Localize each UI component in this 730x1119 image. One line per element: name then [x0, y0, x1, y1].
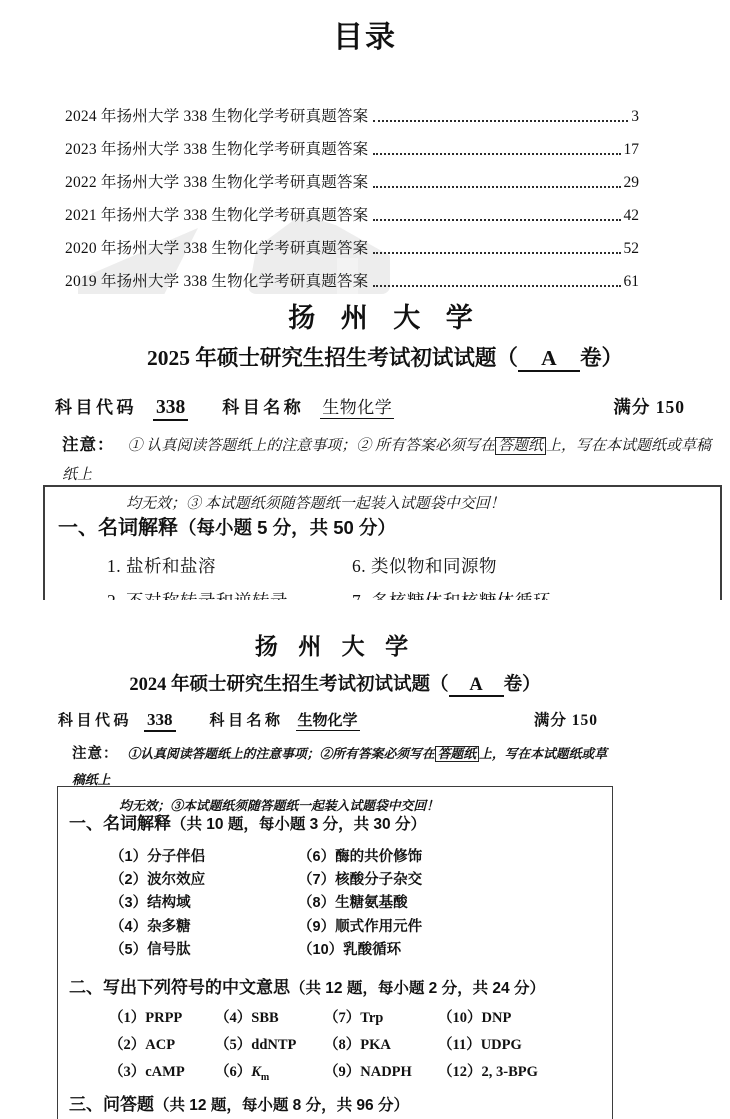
- subject-code-value: 338: [153, 397, 188, 421]
- toc-entry: 2023 年扬州大学 338 生物化学考研真题答案 17: [65, 126, 639, 159]
- toc-page-number: 17: [624, 141, 640, 159]
- score-label: 满分: [534, 712, 567, 729]
- toc-entry: 2020 年扬州大学 338 生物化学考研真题答案 52: [65, 225, 639, 258]
- full-score: 满分 150: [613, 394, 685, 419]
- toc-entry: 2019 年扬州大学 338 生物化学考研真题答案 61: [65, 258, 639, 291]
- subject-code-value: 338: [144, 710, 176, 732]
- toc-leader-dots: [373, 285, 620, 287]
- question-box-2025: 一、名词解释（每小题 5 分，共 50 分） 1. 盐析和盐溶 6. 类似物和同…: [43, 485, 722, 600]
- symbol-item: （3）cAMP: [109, 1060, 185, 1081]
- symbol-item: （10）DNP: [438, 1006, 511, 1027]
- toc-title: 目录: [0, 12, 730, 56]
- symbol-item: （7）Trp: [324, 1006, 383, 1027]
- notice-label: 注意：: [72, 746, 119, 762]
- subject-line-2025: 科目代码 338 科目名称 生物化学 满分 150: [55, 393, 685, 421]
- subject-name-value: 生物化学: [296, 709, 360, 731]
- symbol-item: （8）PKA: [324, 1033, 391, 1054]
- symbol-item: （4）SBB: [215, 1006, 279, 1027]
- symbol-item-km: （6）Km: [215, 1060, 269, 1083]
- full-score: 满分 150: [534, 708, 598, 730]
- symbol-item: （1）PRPP: [109, 1006, 182, 1027]
- paper-letter-blank: A: [449, 676, 504, 697]
- toc-leader-dots: [373, 219, 620, 221]
- toc-page-number: 42: [624, 207, 640, 225]
- exam-title-prefix: 2024 年硕士研究生招生考试初试试题（: [129, 675, 448, 695]
- section-heading-1: 一、名词解释（共 10 题，每小题 3 分，共 30 分）: [69, 809, 426, 834]
- toc-page-number: 52: [624, 240, 640, 258]
- score-value: 150: [572, 712, 598, 729]
- term-item: （4）杂多糖: [110, 915, 191, 936]
- section-heading-3: 三、问答题（共 12 题，每小题 8 分，共 96 分）: [69, 1090, 409, 1115]
- toc-leader-dots: [373, 186, 620, 188]
- term-item: （8）生糖氨基酸: [298, 891, 408, 912]
- toc-entry-label: 2020 年扬州大学 338 生物化学考研真题答案: [65, 236, 368, 258]
- subject-code-label: 科目代码: [55, 393, 137, 418]
- term-item: （2）波尔效应: [110, 868, 205, 889]
- subject-name-value: 生物化学: [320, 393, 394, 419]
- subject-code-label: 科目代码: [58, 709, 132, 730]
- score-value: 150: [656, 397, 685, 417]
- term-item: （9）顺式作用元件: [298, 915, 422, 936]
- toc-list: 2024 年扬州大学 338 生物化学考研真题答案 3 2023 年扬州大学 3…: [65, 93, 639, 291]
- term-item: （1）分子伴侣: [110, 845, 205, 866]
- toc-leader-dots: [373, 120, 628, 122]
- question-box-2024: 一、名词解释（共 10 题，每小题 3 分，共 30 分） （1）分子伴侣 （6…: [57, 786, 613, 1119]
- toc-entry-label: 2023 年扬州大学 338 生物化学考研真题答案: [65, 137, 368, 159]
- symbol-item: （2）ACP: [109, 1033, 175, 1054]
- toc-page-number: 3: [631, 108, 639, 126]
- symbol-item: （11）UDPG: [438, 1033, 522, 1054]
- exam-title-2024: 2024 年硕士研究生招生考试初试试题（A卷）: [0, 670, 670, 697]
- subject-line-2024: 科目代码 338 科目名称 生物化学 满分 150: [58, 708, 600, 732]
- symbol-item: （12）2, 3-BPG: [438, 1060, 538, 1081]
- term-item: （10）乳酸循环: [298, 938, 401, 959]
- university-name-2025: 扬 州 大 学: [40, 296, 730, 335]
- term-item: （5）信号肽: [110, 938, 191, 959]
- toc-entry-label: 2021 年扬州大学 338 生物化学考研真题答案: [65, 203, 368, 225]
- section-heading: 一、名词解释（每小题 5 分，共 50 分）: [58, 511, 396, 540]
- toc-entry: 2022 年扬州大学 338 生物化学考研真题答案 29: [65, 159, 639, 192]
- section-heading-2: 二、写出下列符号的中文意思（共 12 题，每小题 2 分，共 24 分）: [69, 973, 545, 998]
- toc-page-number: 29: [624, 174, 640, 192]
- subject-name-label: 科目名称: [210, 709, 284, 730]
- toc-leader-dots: [373, 252, 620, 254]
- symbol-item: （9）NADPH: [324, 1060, 412, 1081]
- toc-entry: 2024 年扬州大学 338 生物化学考研真题答案 3: [65, 93, 639, 126]
- boxed-answer-sheet: 答题纸: [495, 437, 546, 455]
- term-item: （7）核酸分子杂交: [298, 868, 422, 889]
- university-name-2024: 扬 州 大 学: [0, 628, 670, 661]
- term-item-clipped: 2. 不对称转录和逆转录: [107, 588, 288, 600]
- toc-leader-dots: [373, 153, 620, 155]
- term-item: （3）结构域: [110, 891, 191, 912]
- exam-title-suffix: 卷）: [580, 346, 623, 370]
- term-item: 1. 盐析和盐溶: [107, 553, 216, 578]
- km-symbol: K: [251, 1064, 261, 1080]
- toc-entry-label: 2022 年扬州大学 338 生物化学考研真题答案: [65, 170, 368, 192]
- term-item-clipped: 7. 多核糖体和核糖体循环: [352, 588, 551, 600]
- exam-title-suffix: 卷）: [504, 675, 541, 695]
- toc-page-number: 61: [624, 273, 640, 291]
- exam-title-prefix: 2025 年硕士研究生招生考试初试试题（: [147, 346, 518, 370]
- boxed-answer-sheet: 答题纸: [435, 746, 479, 762]
- term-item: （6）酶的共价修饰: [298, 845, 422, 866]
- toc-entry-label: 2024 年扬州大学 338 生物化学考研真题答案: [65, 104, 368, 126]
- exam-title-2025: 2025 年硕士研究生招生考试初试试题（A卷）: [40, 341, 730, 372]
- subject-name-label: 科目名称: [222, 393, 304, 418]
- document-page: 目录 2024 年扬州大学 338 生物化学考研真题答案 3 2023 年扬州大…: [0, 0, 730, 1119]
- score-label: 满分: [613, 397, 650, 417]
- toc-entry: 2021 年扬州大学 338 生物化学考研真题答案 42: [65, 192, 639, 225]
- symbol-item: （5）ddNTP: [215, 1033, 296, 1054]
- term-item: 6. 类似物和同源物: [352, 553, 497, 578]
- notice-line1: 注意：① 认真阅读答题纸上的注意事项；② 所有答案必须写在答题纸上，写在本试题纸…: [62, 431, 718, 490]
- notice-label: 注意：: [62, 436, 115, 454]
- toc-entry-label: 2019 年扬州大学 338 生物化学考研真题答案: [65, 269, 368, 291]
- paper-letter-blank: A: [518, 347, 580, 372]
